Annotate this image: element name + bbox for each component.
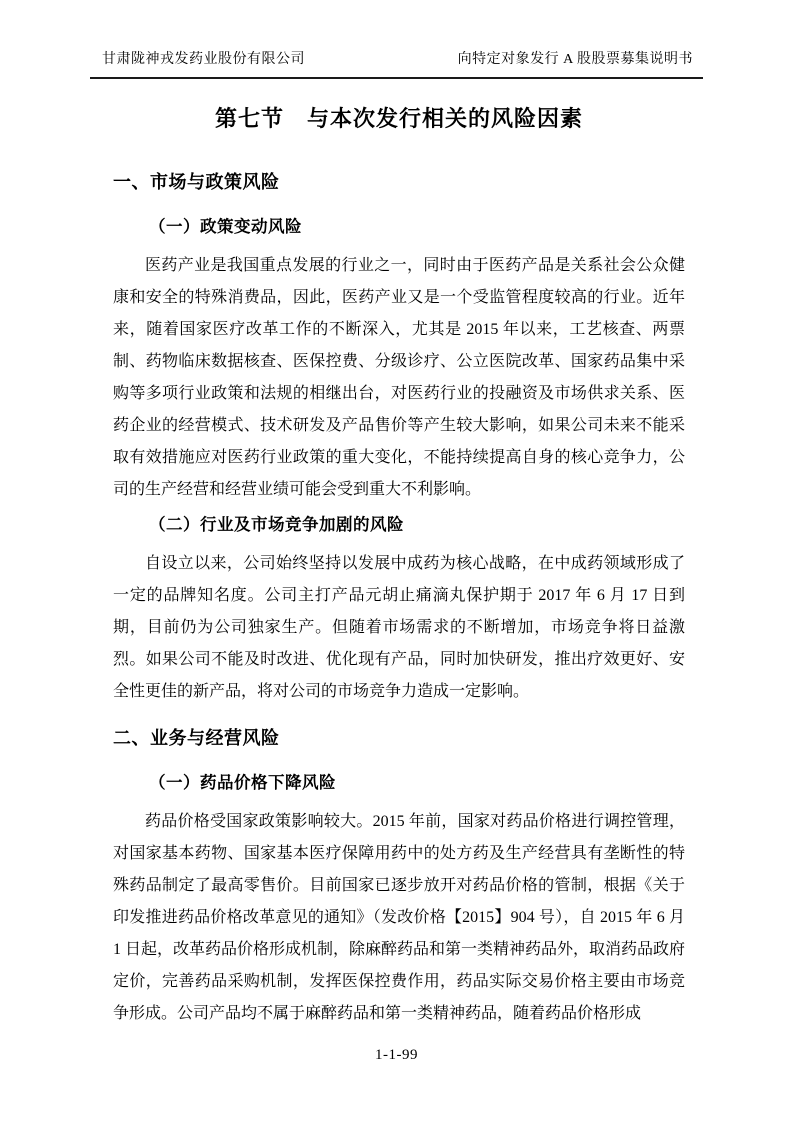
subsection-2-1-heading: （一）药品价格下降风险 <box>113 772 685 794</box>
section-1-heading: 一、市场与政策风险 <box>113 170 685 194</box>
chapter-title: 第七节 与本次发行相关的风险因素 <box>113 102 685 136</box>
document-body: 第七节 与本次发行相关的风险因素 一、市场与政策风险 （一）政策变动风险 医药产… <box>0 102 793 1030</box>
section-2-heading: 二、业务与经营风险 <box>113 726 685 750</box>
subsection-1-2-paragraph: 自设立以来，公司始终坚持以发展中成药为核心战略，在中成药领域形成了一定的品牌知名… <box>113 548 685 708</box>
document-page: 甘肃陇神戎发药业股份有限公司 向特定对象发行 A 股股票募集说明书 第七节 与本… <box>0 0 793 1122</box>
header-document-type: 向特定对象发行 A 股股票募集说明书 <box>458 50 693 70</box>
subsection-2-1-paragraph: 药品价格受国家政策影响较大。2015 年前，国家对药品价格进行调控管理，对国家基… <box>113 806 685 1030</box>
subsection-1-1-paragraph: 医药产业是我国重点发展的行业之一，同时由于医药产品是关系社会公众健康和安全的特殊… <box>113 250 685 506</box>
page-header: 甘肃陇神戎发药业股份有限公司 向特定对象发行 A 股股票募集说明书 <box>90 0 703 79</box>
subsection-1-2-heading: （二）行业及市场竞争加剧的风险 <box>113 514 685 536</box>
header-company-name: 甘肃陇神戎发药业股份有限公司 <box>102 50 305 70</box>
page-number: 1-1-99 <box>0 1047 793 1064</box>
subsection-1-1-heading: （一）政策变动风险 <box>113 216 685 238</box>
